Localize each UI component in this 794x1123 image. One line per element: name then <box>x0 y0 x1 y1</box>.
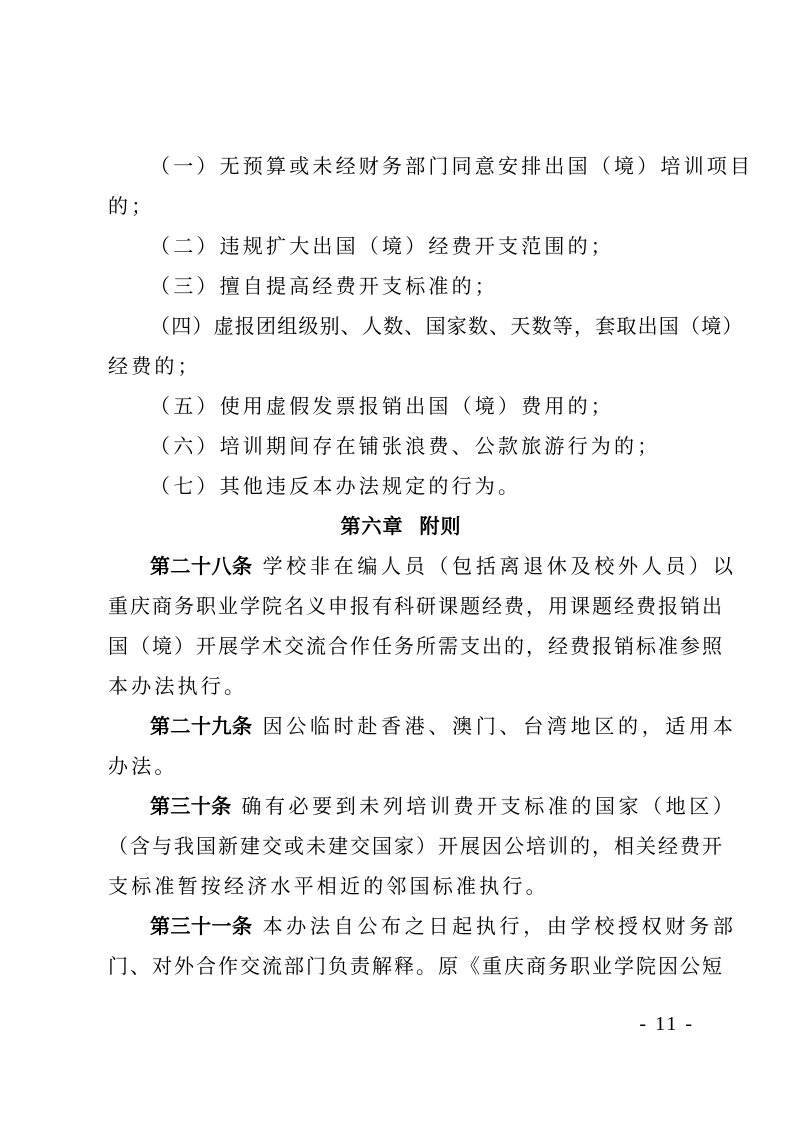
article-30-line-3: 支标准暂按经济水平相近的邻国标准执行。 <box>108 866 694 906</box>
list-item-7: （七）其他违反本办法规定的行为。 <box>108 466 736 506</box>
item-label: （六） <box>150 434 220 458</box>
article-text: 本办法自公布之日起执行，由学校授权财务部 <box>263 914 736 938</box>
article-31: 第三十一条 本办法自公布之日起执行，由学校授权财务部 <box>108 906 736 946</box>
article-number: 第三十条 <box>150 794 231 818</box>
item-text: 无预算或未经财务部门同意安排出国（境）培训项目 <box>220 154 754 178</box>
article-text: 确有必要到未列培训费开支标准的国家（地区） <box>241 794 736 818</box>
article-30: 第三十条 确有必要到未列培训费开支标准的国家（地区） <box>108 786 736 826</box>
item-text: 擅自提高经费开支标准的； <box>220 274 498 298</box>
item-label: （三） <box>150 274 220 298</box>
item-label: （一） <box>150 154 220 178</box>
item-text: 培训期间存在铺张浪费、公款旅游行为的； <box>220 434 661 458</box>
list-item-3: （三）擅自提高经费开支标准的； <box>108 266 736 306</box>
article-30-line-2: （含与我国新建交或未建交国家）开展因公培训的，相关经费开 <box>108 826 694 866</box>
item-text: 虚报团组级别、人数、国家数、天数等，套取出国（境） <box>214 314 744 338</box>
article-28-line-2: 重庆商务职业学院名义申报有科研课题经费，用课题经费报销出 <box>108 586 694 626</box>
list-item-1-cont: 的； <box>108 186 694 226</box>
list-item-2: （二）违规扩大出国（境）经费开支范围的； <box>108 226 736 266</box>
article-28-line-4: 本办法执行。 <box>108 666 694 706</box>
item-label: （七） <box>150 474 220 498</box>
item-label: （二） <box>150 234 220 258</box>
article-number: 第二十九条 <box>150 714 253 738</box>
article-28: 第二十八条 学校非在编人员（包括离退休及校外人员）以 <box>108 546 736 586</box>
article-text: 因公临时赴香港、澳门、台湾地区的，适用本 <box>263 714 736 738</box>
article-28-line-3: 国（境）开展学术交流合作任务所需支出的，经费报销标准参照 <box>108 626 694 666</box>
item-text: 违规扩大出国（境）经费开支范围的； <box>220 234 614 258</box>
article-29: 第二十九条 因公临时赴香港、澳门、台湾地区的，适用本 <box>108 706 736 746</box>
article-text: 学校非在编人员（包括离退休及校外人员）以 <box>263 554 736 578</box>
list-item-6: （六）培训期间存在铺张浪费、公款旅游行为的； <box>108 426 736 466</box>
item-label: （四） <box>150 314 214 338</box>
item-label: （五） <box>150 394 220 418</box>
list-item-4-cont: 经费的； <box>108 346 694 386</box>
article-number: 第三十一条 <box>150 914 253 938</box>
list-item-5: （五）使用虚假发票报销出国（境）费用的； <box>108 386 736 426</box>
list-item-1: （一）无预算或未经财务部门同意安排出国（境）培训项目 <box>108 146 736 186</box>
article-number: 第二十八条 <box>150 554 253 578</box>
list-item-4: （四）虚报团组级别、人数、国家数、天数等，套取出国（境） <box>108 306 736 346</box>
item-text: 使用虚假发票报销出国（境）费用的； <box>220 394 614 418</box>
page-number: - 11 - <box>639 1013 694 1036</box>
article-29-line-2: 办法。 <box>108 746 694 786</box>
chapter-heading: 第六章 附则 <box>108 506 694 546</box>
article-31-line-2: 门、对外合作交流部门负责解释。原《重庆商务职业学院因公短 <box>108 946 694 986</box>
item-text: 其他违反本办法规定的行为。 <box>220 474 522 498</box>
